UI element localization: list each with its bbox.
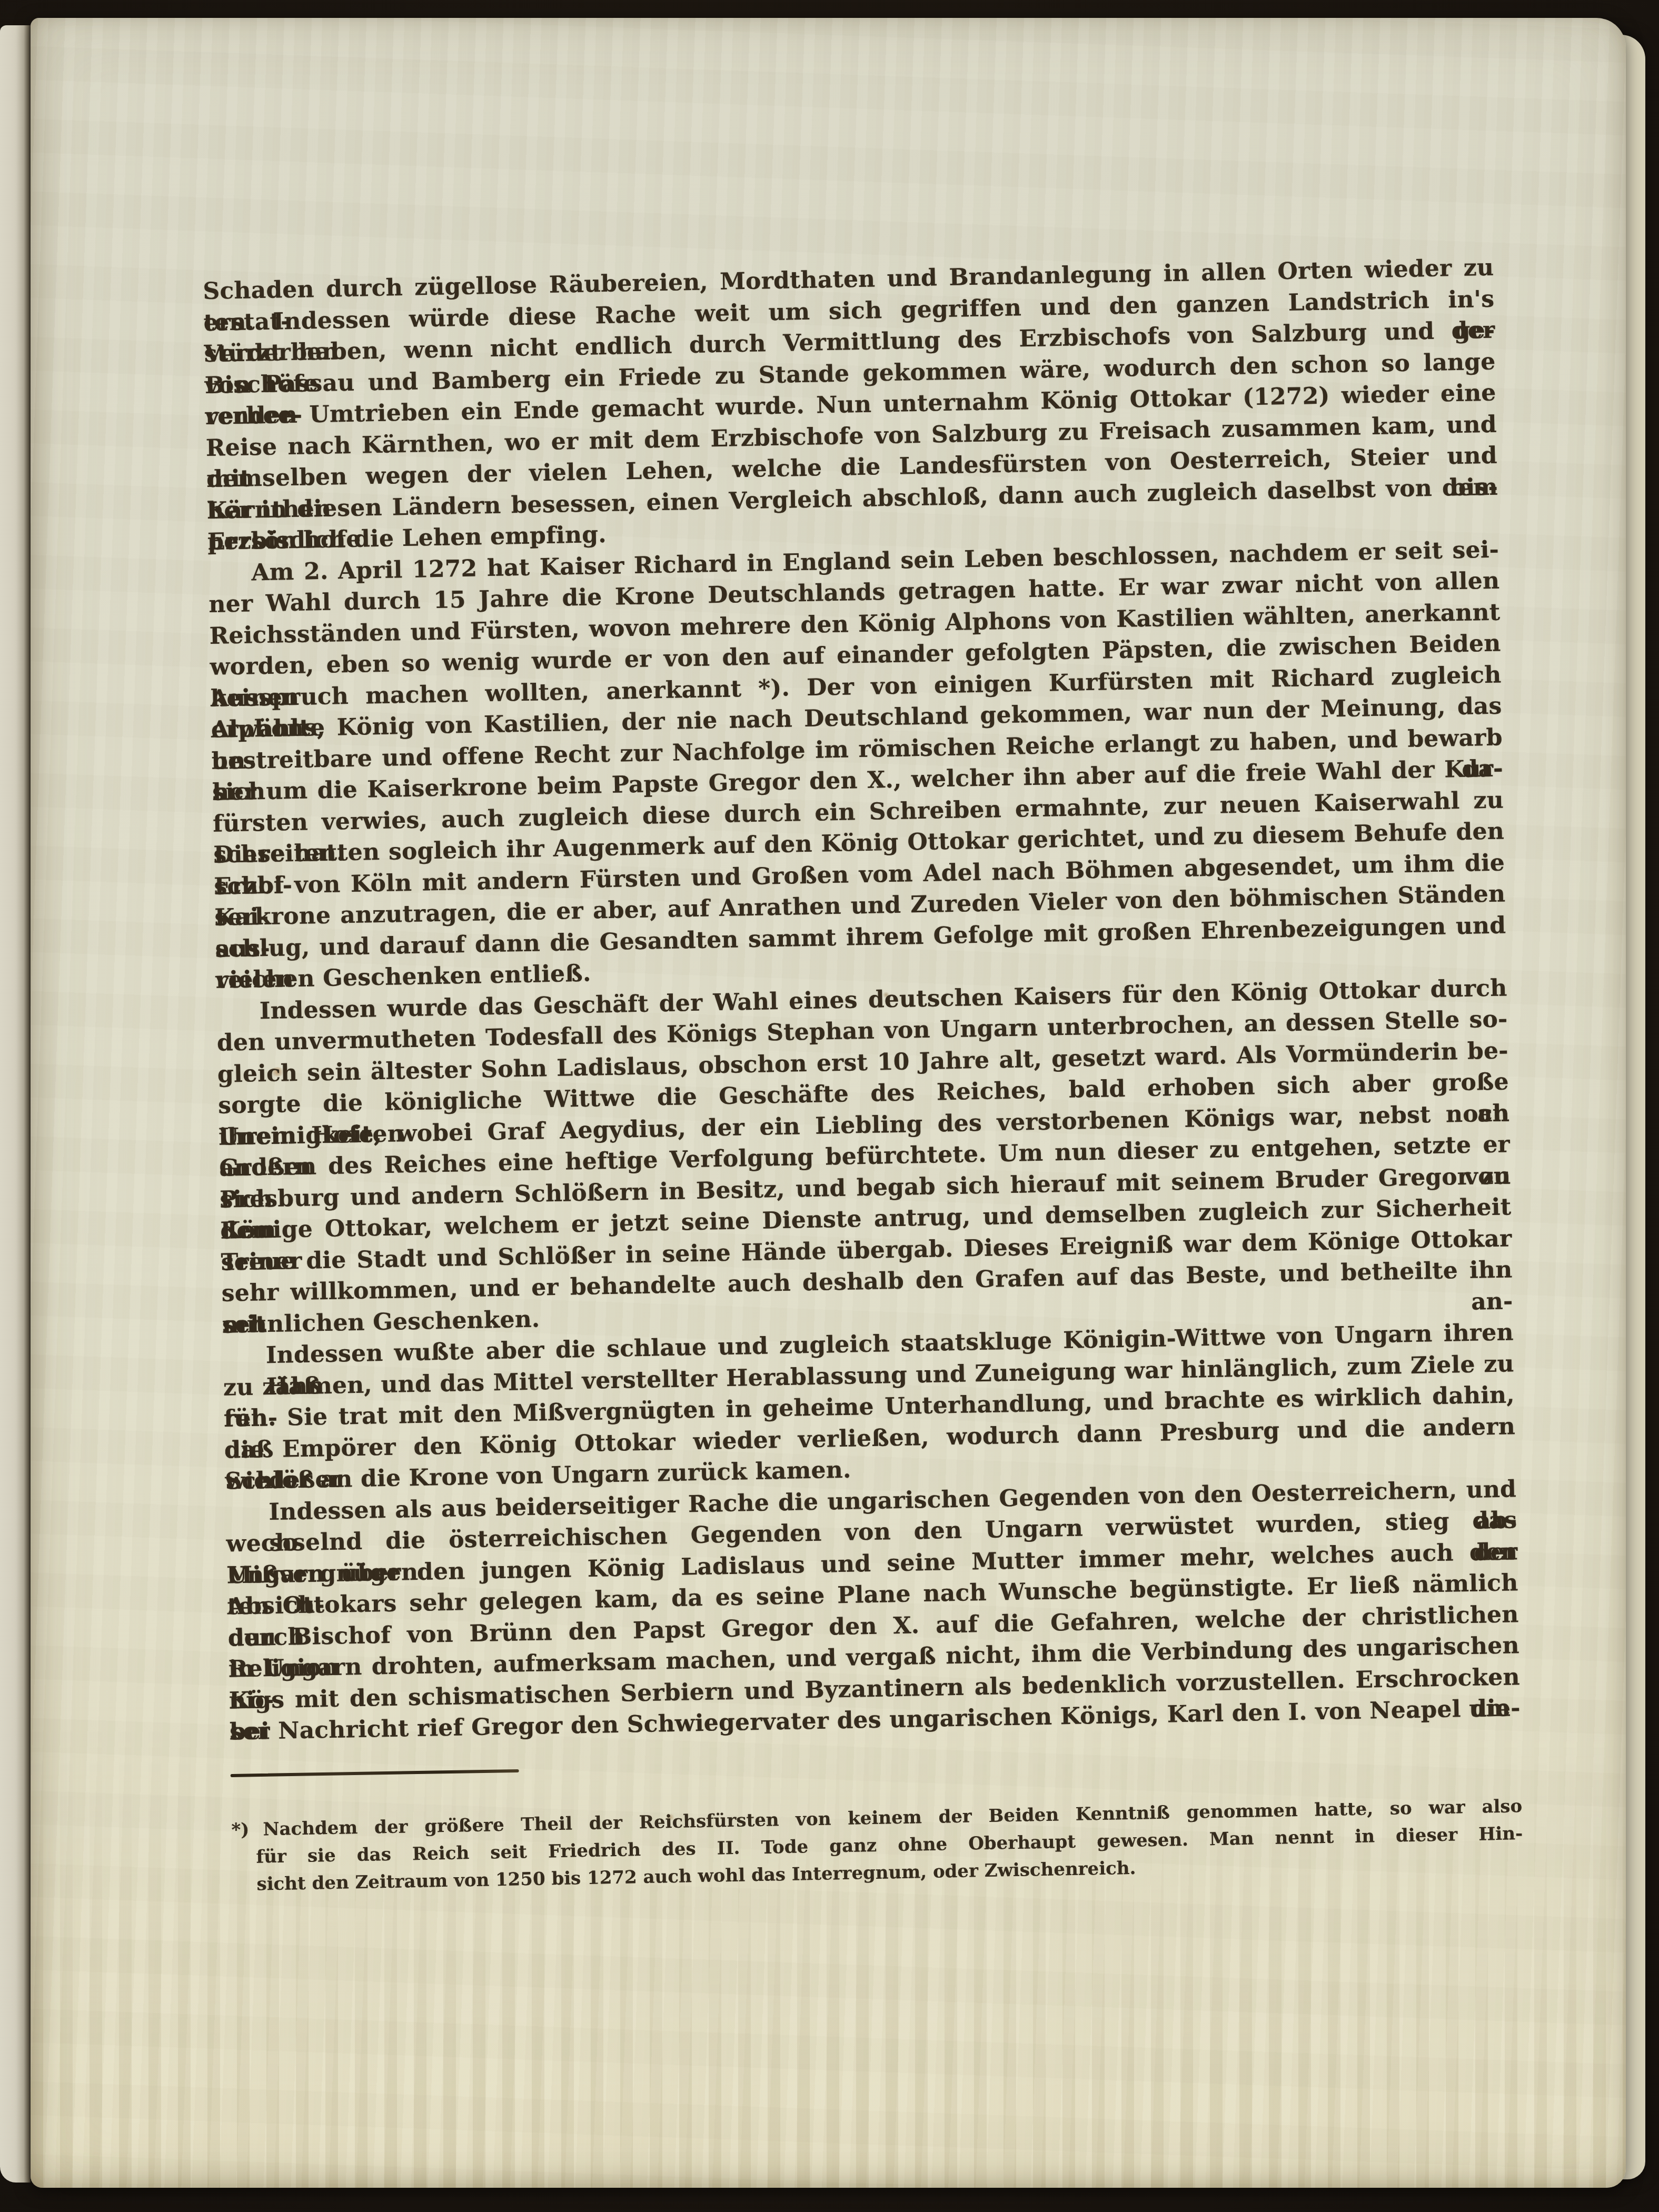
text-block: Schaden durch zügellose Räubereien, Mord… xyxy=(203,252,1521,1748)
paragraph: Schaden durch zügellose Räubereien, Mord… xyxy=(203,252,1498,558)
paragraph: Indessen wurde das Geschäft der Wahl ein… xyxy=(216,972,1513,1341)
page-content: Schaden durch zügellose Räubereien, Mord… xyxy=(203,252,1524,1898)
footnote-marker: *) xyxy=(231,1819,250,1840)
book-scan: Schaden durch zügellose Räubereien, Mord… xyxy=(0,0,1659,2212)
paragraph: Am 2. April 1272 hat Kaiser Richard in E… xyxy=(208,534,1507,996)
paragraph: Indessen wußte aber die schlaue und zugl… xyxy=(222,1317,1516,1497)
facing-page-edge xyxy=(0,25,31,2183)
footnote-separator xyxy=(231,1769,519,1777)
paragraph: Indessen als aus beiderseitiger Rache di… xyxy=(225,1473,1521,1748)
